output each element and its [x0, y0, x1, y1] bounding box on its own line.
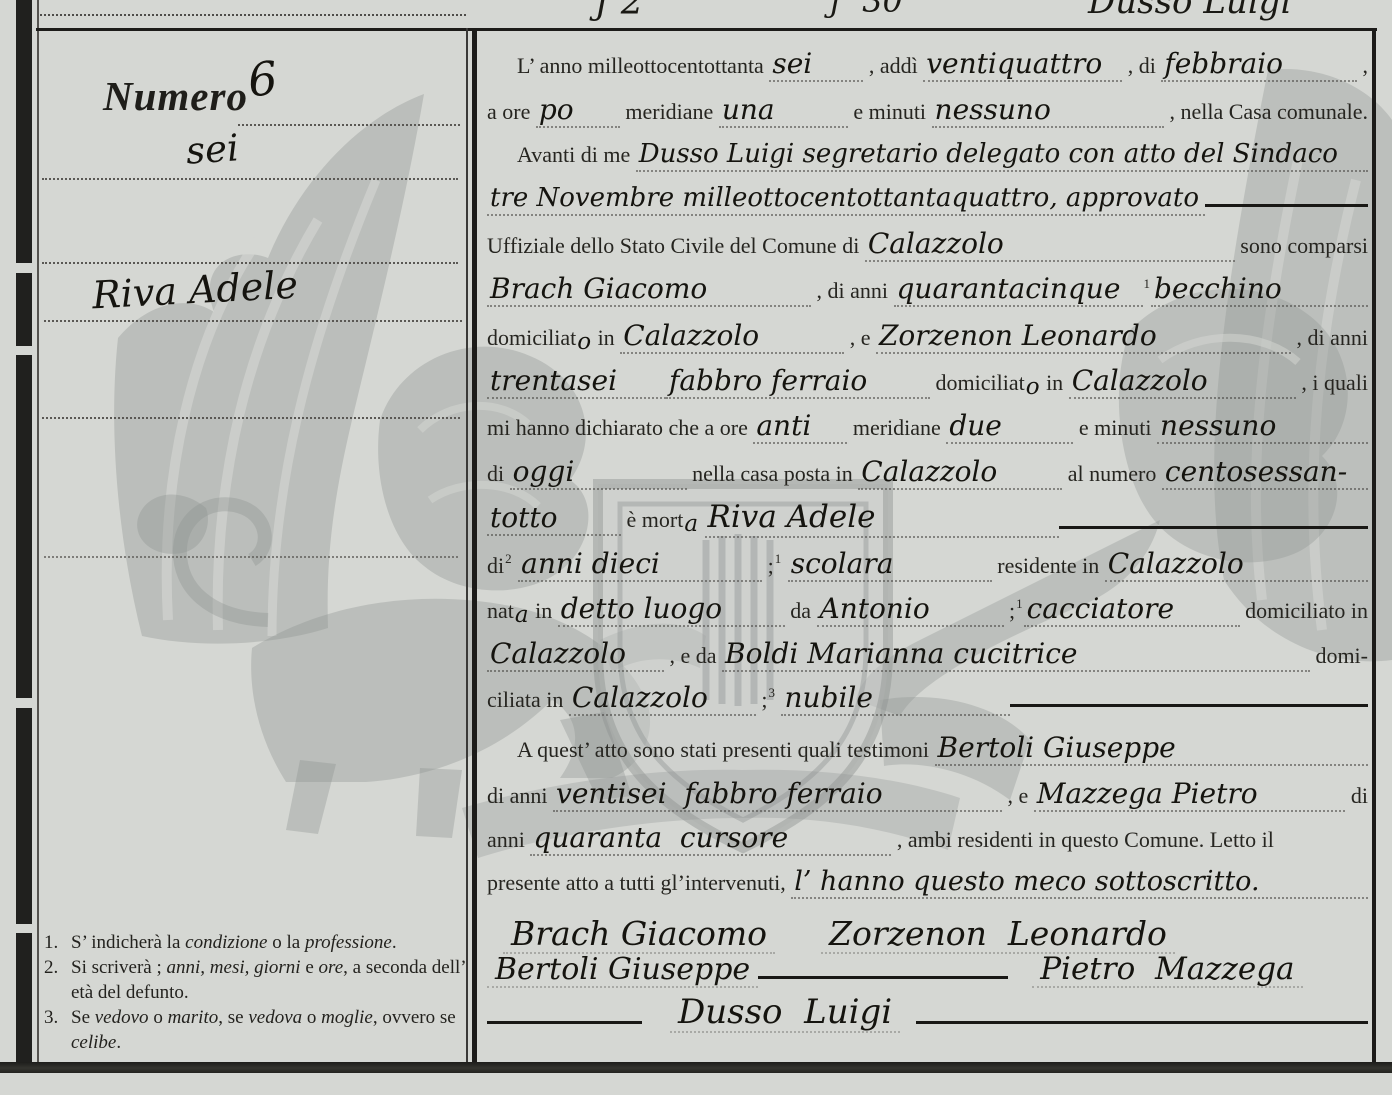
printed-form-text: domi- — [1310, 643, 1368, 669]
printed-form-text: ciliata in — [487, 687, 569, 713]
act-line: mi hanno dichiarato che a ore anti merid… — [487, 410, 1368, 444]
footnote-text: Si scriverà ; — [71, 957, 167, 978]
handwritten-entry: Brach Giacomo — [487, 273, 811, 307]
margin-dotted-line — [44, 320, 462, 322]
top-dotted-rule — [40, 14, 466, 16]
printed-form-text: domiciliato in — [1240, 598, 1368, 624]
act-number-word: sei — [185, 126, 241, 173]
margin-dotted-line — [238, 124, 460, 126]
handwritten-entry: Calazzolo — [1105, 548, 1368, 582]
footnote-number: 2. — [44, 955, 58, 980]
footnote-text: Se — [71, 1007, 95, 1028]
footnote-text: celibe — [71, 1032, 116, 1053]
handwritten-entry: due — [946, 410, 1073, 444]
death-record-page: { "header": { "fragments": [ {"text": "ƒ… — [0, 0, 1392, 1095]
handwritten-entry: quarantacinque — [894, 273, 1143, 307]
handwritten-entry: Riva Adele — [705, 500, 1059, 538]
act-number-value: 6 — [245, 51, 280, 108]
handwritten-entry: Calazzolo — [865, 228, 1235, 262]
handwritten-entry: o — [1025, 374, 1041, 400]
handwritten-entry: quaranta cursore — [530, 822, 891, 856]
act-line: di2 anni dieci ;1 scolara residente in C… — [487, 548, 1368, 582]
handwritten-entry: Calazzolo — [858, 456, 1062, 490]
printed-form-text: , di anni — [811, 278, 894, 304]
handwritten-entry: cacciatore — [1024, 593, 1240, 627]
printed-form-text: L’ anno milleottocentottanta — [517, 53, 769, 79]
signature: Bertoli Giuseppe — [487, 953, 758, 988]
act-line: di oggi nella casa posta in Calazzolo al… — [487, 456, 1368, 490]
printed-form-text: meridiane — [847, 415, 946, 441]
footnote-text: , se — [218, 1007, 248, 1028]
footnote-text: . — [116, 1032, 121, 1053]
printed-form-text: da — [785, 598, 817, 624]
handwritten-entry: Mazzega Pietro — [1034, 778, 1346, 812]
signature: Zorzenon Leonardo — [821, 916, 1175, 954]
previous-act-fragment: ƒ 30 — [830, 0, 903, 20]
handwritten-entry: Calazzolo — [1069, 365, 1296, 399]
printed-form-text: meridiane — [620, 99, 719, 125]
footnote-marker: 1 — [1143, 276, 1152, 292]
top-border-rule — [36, 28, 1377, 31]
handwritten-entry: totto — [487, 502, 621, 536]
footnote-marker: 2 — [504, 551, 513, 567]
handwritten-entry: oggi — [510, 456, 687, 490]
handwritten-entry: Dusso Luigi segretario delegato con atto… — [636, 140, 1368, 172]
act-line: anni quaranta cursore , ambi residenti i… — [487, 822, 1368, 856]
handwritten-entry: Zorzenon Leonardo — [876, 320, 1291, 354]
printed-form-text: di anni — [487, 783, 553, 809]
printed-form-text: , addì — [863, 53, 923, 79]
act-line: Dusso Luigi — [487, 994, 1368, 1033]
handwritten-entry: sei — [769, 48, 863, 82]
ink-rule — [1059, 525, 1368, 529]
margin-dotted-line — [42, 417, 460, 419]
margin-dotted-line — [42, 178, 458, 180]
printed-form-text: anni — [487, 827, 530, 853]
footnote-text: professione — [305, 932, 392, 953]
printed-form-text: domiciliat — [930, 370, 1025, 396]
footnote: 1.S’ indicherà la condizione o la profes… — [44, 930, 466, 955]
act-line: Bertoli GiuseppePietro Mazzega — [487, 952, 1368, 988]
printed-form-text: in — [1041, 370, 1069, 396]
handwritten-entry: ventiquattro — [923, 48, 1122, 82]
handwritten-entry: nessuno — [1157, 410, 1368, 444]
handwritten-entry: Boldi Marianna cucitrice — [722, 638, 1310, 672]
column-divider-thick — [472, 28, 477, 1062]
handwritten-entry: anti — [753, 410, 847, 444]
act-line: Uffiziale dello Stato Civile del Comune … — [487, 228, 1368, 262]
printed-form-text: e minuti — [848, 99, 932, 125]
printed-form-text: sono comparsi — [1235, 233, 1368, 259]
printed-form-text: nella casa posta in — [687, 461, 859, 487]
footnote-marker: 1 — [1015, 596, 1024, 612]
act-line: tre Novembre milleottocentottantaquattro… — [487, 184, 1368, 216]
printed-form-text: domiciliat — [487, 325, 576, 351]
border-bar-gap — [14, 263, 34, 273]
printed-form-text: e minuti — [1073, 415, 1157, 441]
footnote-text: , ovvero se — [373, 1007, 456, 1028]
printed-form-text: è mort — [621, 507, 683, 533]
previous-act-fragment: Dusso Luigi — [1088, 0, 1291, 22]
handwritten-entry: po — [536, 94, 620, 128]
act-line: ciliata in Calazzolo ;3 nubile — [487, 682, 1368, 716]
bottom-border-band — [0, 1062, 1392, 1073]
printed-form-text: in — [530, 598, 558, 624]
printed-form-text: nat — [487, 598, 514, 624]
printed-form-text: , e — [844, 325, 876, 351]
act-line: a ore po meridiane una e minuti nessuno … — [487, 94, 1368, 128]
act-line: trentaseifabbro ferraio domiciliato in C… — [487, 365, 1368, 399]
printed-form-text: ; — [756, 687, 768, 713]
left-page-border-bar — [16, 0, 32, 1062]
handwritten-entry: fabbro ferraio — [666, 365, 930, 399]
act-line: L’ anno milleottocentottanta sei , addì … — [487, 48, 1368, 82]
act-line: Brach Giacomo , di anni quarantacinque1b… — [487, 273, 1368, 307]
footnote-number: 3. — [44, 1005, 58, 1030]
footnote: 2.Si scriverà ; anni, mesi, giorni e ore… — [44, 955, 466, 1005]
printed-form-text: di — [487, 553, 504, 579]
handwritten-entry: febbraio — [1161, 48, 1357, 82]
border-bar-gap — [14, 924, 34, 933]
footnote-text: o la — [267, 932, 304, 953]
printed-form-text: Avanti di me — [517, 142, 636, 168]
printed-form-text: ; — [762, 553, 774, 579]
border-bar-gap — [14, 346, 34, 355]
footnote-number: 1. — [44, 930, 58, 955]
footnote-text: e — [301, 957, 319, 978]
footnote-text: vedovo — [95, 1007, 149, 1028]
act-line: domiciliato in Calazzolo , e Zorzenon Le… — [487, 320, 1368, 354]
printed-form-text: di — [1345, 783, 1368, 809]
printed-form-text: , e da — [664, 643, 722, 669]
footnote-text: o — [302, 1007, 321, 1028]
handwritten-entry: una — [719, 94, 848, 128]
printed-form-text: Uffiziale dello Stato Civile del Comune … — [487, 233, 865, 259]
right-page-border — [1372, 28, 1376, 1062]
act-line: Avanti di me Dusso Luigi segretario dele… — [487, 140, 1368, 172]
printed-form-text: , nella Casa comunale. — [1164, 99, 1368, 125]
handwritten-entry: tre Novembre milleottocentottantaquattro… — [487, 184, 1205, 216]
handwritten-entry: trentasei — [487, 365, 666, 399]
numero-label: Numero — [103, 72, 248, 120]
handwritten-entry: o — [576, 329, 592, 355]
handwritten-entry: centosessan- — [1162, 456, 1368, 490]
footnote: 3.Se vedovo o marito, se vedova o moglie… — [44, 1005, 466, 1055]
printed-form-text: residente in — [992, 553, 1105, 579]
printed-form-text: , ambi residenti in questo Comune. Letto… — [891, 827, 1274, 853]
act-line: di anni ventisei fabbro ferraio , e Mazz… — [487, 778, 1368, 812]
footnote-marker: 3 — [767, 685, 776, 701]
footnote-text: . — [392, 932, 397, 953]
handwritten-entry: anni dieci — [518, 548, 762, 582]
handwritten-entry: l’ hanno questo meco sottoscritto. — [791, 866, 1368, 899]
printed-form-text: A quest’ atto sono stati presenti quali … — [517, 737, 935, 763]
handwritten-entry: nessuno — [932, 94, 1164, 128]
handwritten-entry: Calazzolo — [569, 682, 756, 716]
act-line: A quest’ atto sono stati presenti quali … — [487, 732, 1368, 766]
deceased-name-margin: Riva Adele — [91, 263, 299, 318]
act-line: Brach GiacomoZorzenon Leonardo — [487, 916, 1368, 954]
ink-rule — [1205, 203, 1368, 207]
printed-form-text: a ore — [487, 99, 536, 125]
margin-dotted-line — [42, 262, 458, 264]
previous-act-fragment: ƒ 2 — [596, 0, 644, 23]
printed-form-text: , e — [1002, 783, 1034, 809]
signature: Pietro Mazzega — [1032, 952, 1302, 988]
handwritten-entry: Calazzolo — [620, 320, 844, 354]
footnote-text: ore — [319, 957, 344, 978]
act-line: nata in detto luogo da Antonio ;1cacciat… — [487, 593, 1368, 627]
form-footnotes: 1.S’ indicherà la condizione o la profes… — [44, 930, 466, 1055]
printed-form-text: ; — [1004, 598, 1016, 624]
ink-rule — [916, 1020, 1368, 1024]
handwritten-entry: Calazzolo — [487, 638, 664, 672]
footnote-text: anni, mesi, giorni — [167, 957, 301, 978]
act-line: presente atto a tutti gl’intervenuti, l’… — [487, 866, 1368, 899]
ink-rule — [758, 975, 1008, 979]
handwritten-entry: detto luogo — [558, 593, 785, 627]
footnote-text: o — [149, 1007, 168, 1028]
margin-dotted-line — [44, 556, 458, 558]
printed-form-text: presente atto a tutti gl’intervenuti, — [487, 870, 791, 896]
signature: Dusso Luigi — [670, 994, 900, 1033]
column-divider-thin — [466, 28, 468, 1062]
act-line: totto è morta Riva Adele — [487, 500, 1368, 538]
handwritten-entry: Antonio — [817, 593, 1004, 627]
ink-rule — [487, 1020, 642, 1024]
printed-form-text: , di anni — [1291, 325, 1368, 351]
footnote-text: marito — [168, 1007, 219, 1028]
footnote-text: vedova — [248, 1007, 302, 1028]
handwritten-entry: Bertoli Giuseppe — [935, 732, 1368, 766]
printed-form-text: , i quali — [1296, 370, 1368, 396]
handwritten-entry: scolara — [788, 548, 992, 582]
handwritten-entry: ventisei fabbro ferraio — [553, 778, 1002, 812]
handwritten-entry: becchino — [1151, 273, 1368, 307]
footnote-text: condizione — [185, 932, 267, 953]
footnote-text: S’ indicherà la — [71, 932, 185, 953]
printed-form-text: mi hanno dichiarato che a ore — [487, 415, 753, 441]
printed-form-text: , — [1357, 53, 1368, 79]
handwritten-entry: a — [514, 602, 530, 628]
printed-form-text: , di — [1122, 53, 1161, 79]
printed-form-text: di — [487, 461, 510, 487]
printed-form-text: al numero — [1062, 461, 1162, 487]
ink-rule — [1010, 703, 1368, 707]
footnote-marker: 1 — [774, 551, 783, 567]
border-bar-gap — [14, 698, 34, 708]
printed-form-text: in — [592, 325, 620, 351]
left-inner-rule — [37, 0, 39, 1062]
handwritten-entry: nubile — [781, 682, 1010, 716]
footnote-text: moglie — [321, 1007, 373, 1028]
handwritten-entry: a — [683, 511, 699, 537]
signature: Brach Giacomo — [503, 916, 775, 954]
act-line: Calazzolo , e da Boldi Marianna cucitric… — [487, 638, 1368, 672]
